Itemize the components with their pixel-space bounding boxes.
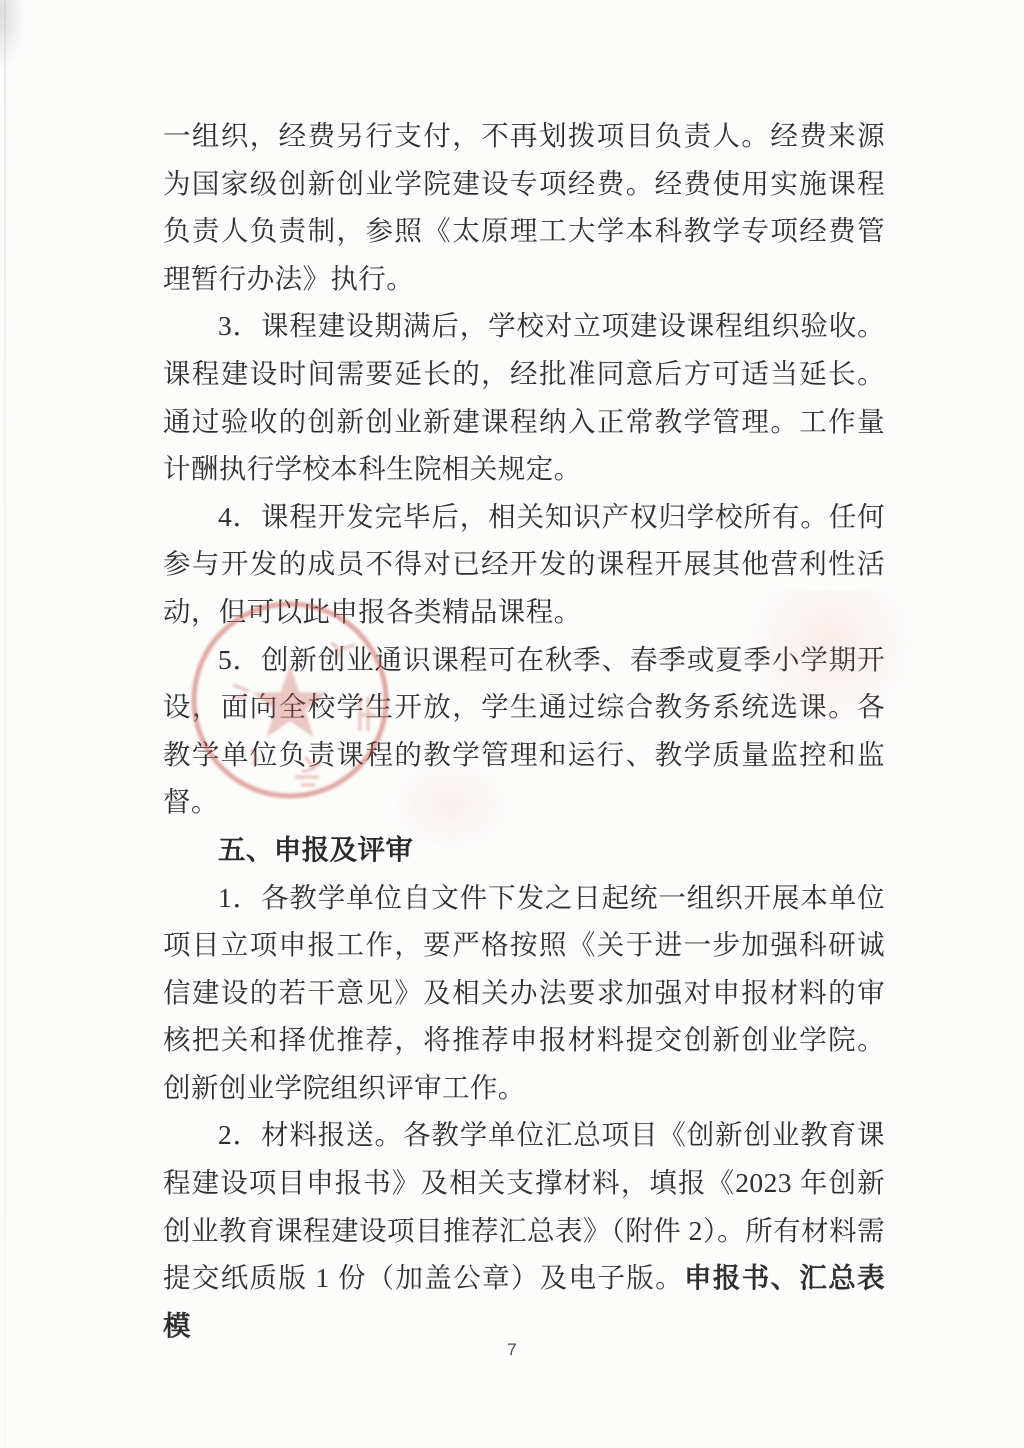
document-body: 一组织，经费另行支付，不再划拨项目负责人。经费来源为国家级创新创业学院建设专项经… xyxy=(163,112,885,1349)
page-number: 7 xyxy=(0,1340,1024,1360)
paragraph-item-1: 1．各教学单位自文件下发之日起统一组织开展本单位项目立项申报工作，要严格按照《关… xyxy=(163,874,885,1112)
text-segment: 一组织，经费另行支付，不再划拨项目负责人。经费来源为国家级创新创业学院建设专项经… xyxy=(163,120,885,294)
document-page: 一组织，经费另行支付，不再划拨项目负责人。经费来源为国家级创新创业学院建设专项经… xyxy=(0,0,1024,1448)
text-segment: 3．课程建设期满后，学校对立项建设课程组织验收。课程建设时间需要延长的，经批准同… xyxy=(163,310,885,484)
bold-text-segment: 五、申报及评审 xyxy=(218,834,413,865)
section-heading: 五、申报及评审 xyxy=(163,826,885,874)
paragraph-continuation: 一组织，经费另行支付，不再划拨项目负责人。经费来源为国家级创新创业学院建设专项经… xyxy=(163,112,885,302)
paragraph-item-2: 2．材料报送。各教学单位汇总项目《创新创业教育课程建设项目申报书》及相关支撑材料… xyxy=(163,1111,885,1349)
stamp-ink-smudge xyxy=(745,590,915,730)
paragraph-item-3: 3．课程建设期满后，学校对立项建设课程组织验收。课程建设时间需要延长的，经批准同… xyxy=(163,302,885,492)
scan-corner-artifact xyxy=(0,0,26,70)
text-segment: 1．各教学单位自文件下发之日起统一组织开展本单位项目立项申报工作，要严格按照《关… xyxy=(163,882,885,1103)
scan-edge-artifact xyxy=(4,0,6,1448)
stamp-ink-smudge xyxy=(390,760,510,850)
